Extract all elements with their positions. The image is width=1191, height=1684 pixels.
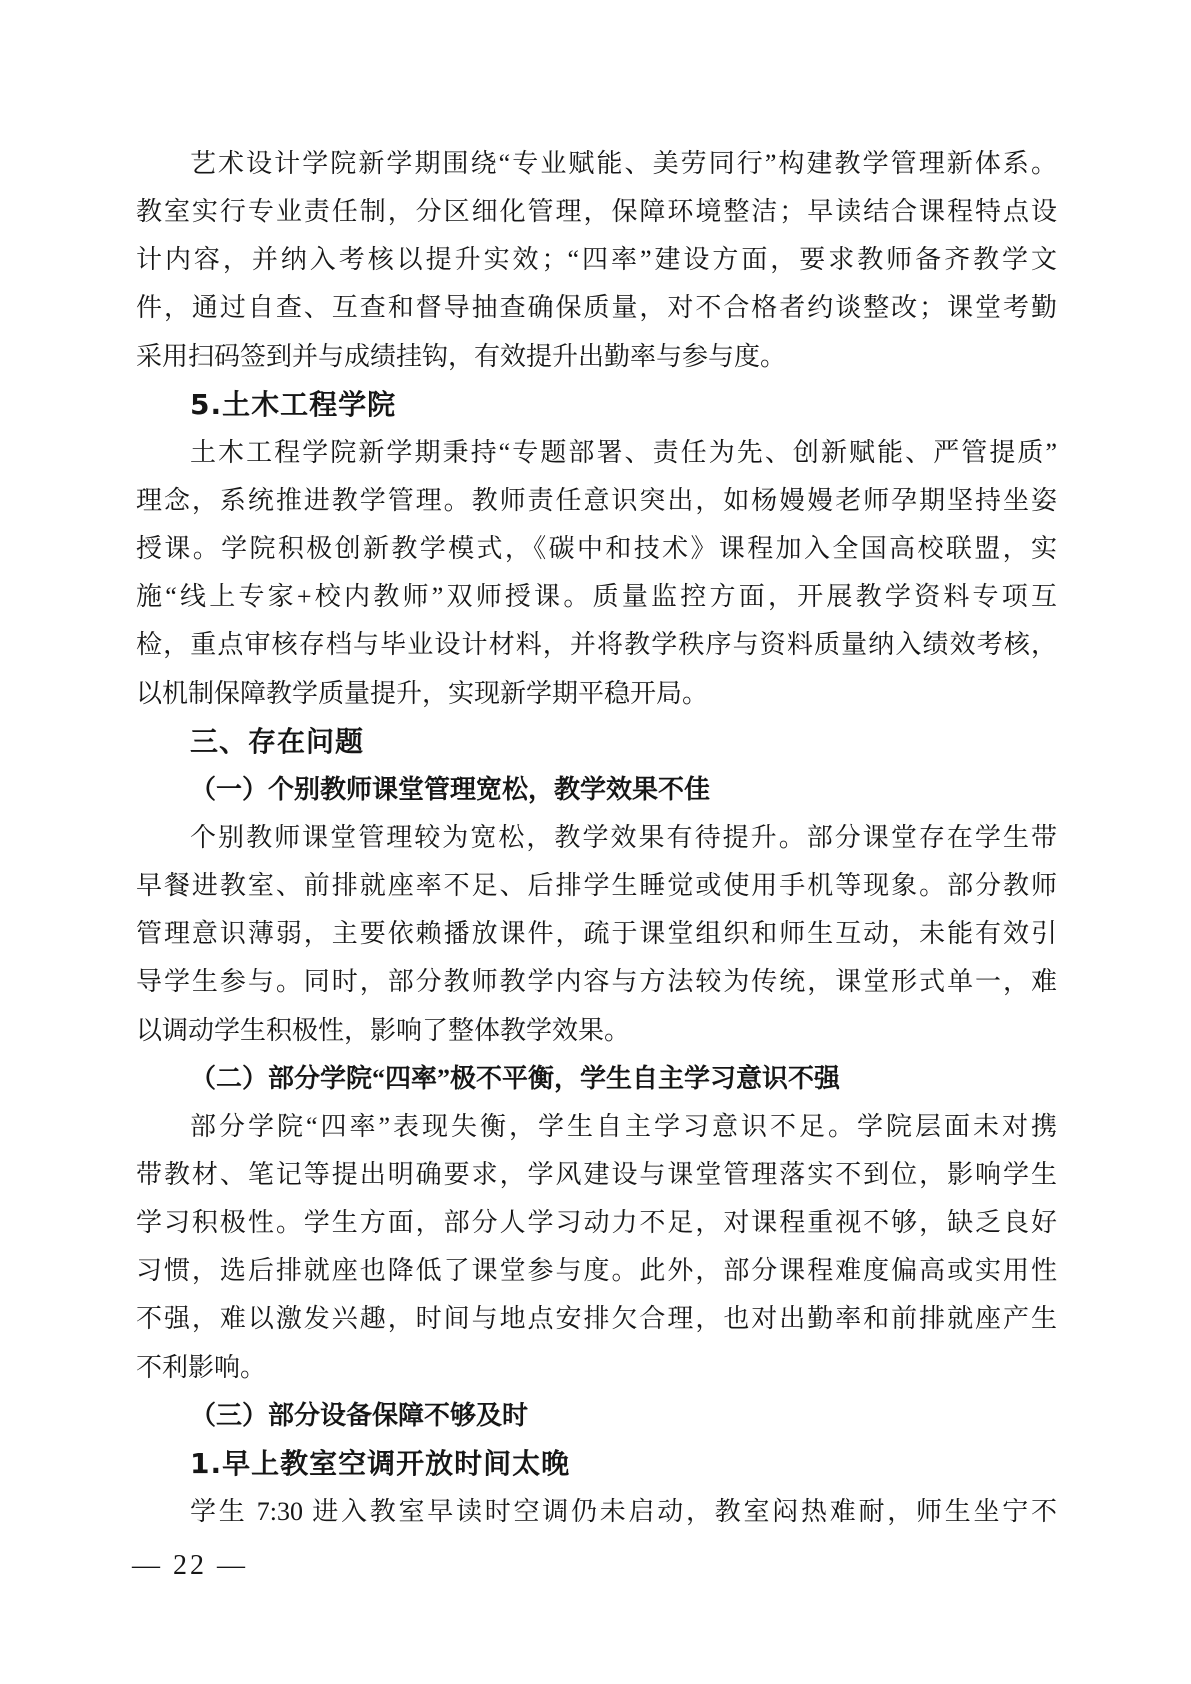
text-line: 施“线上专家+校内教师”双师授课。质量监控方面，开展教学资料专项互 [136,573,1057,621]
text-line: 计内容，并纳入考核以提升实效；“四率”建设方面，要求教师备齐教学文 [136,236,1057,284]
heading-line: 1.早上教室空调开放时间太晚 [136,1440,1057,1488]
text-line: 以调动学生积极性，影响了整体教学效果。 [136,1007,1057,1055]
document-page: 艺术设计学院新学期围绕“专业赋能、美劳同行”构建教学管理新体系。教室实行专业责任… [0,0,1191,1684]
text-line: 授课。学院积极创新教学模式，《碳中和技术》课程加入全国高校联盟，实 [136,525,1057,573]
text-line: 教室实行专业责任制，分区细化管理，保障环境整洁；早读结合课程特点设 [136,188,1057,236]
text-line: 部分学院“四率”表现失衡，学生自主学习意识不足。学院层面未对携 [136,1103,1057,1151]
text-line: 不利影响。 [136,1344,1057,1392]
page-number: — 22 — [132,1548,248,1584]
heading-line: 三、存在问题 [136,718,1057,766]
text-line: 土木工程学院新学期秉持“专题部署、责任为先、创新赋能、严管提质” [136,429,1057,477]
text-line: 采用扫码签到并与成绩挂钩，有效提升出勤率与参与度。 [136,333,1057,381]
heading-line: （二）部分学院“四率”极不平衡，学生自主学习意识不强 [136,1055,1057,1103]
text-line: 以机制保障教学质量提升，实现新学期平稳开局。 [136,670,1057,718]
text-line: 学习积极性。学生方面，部分人学习动力不足，对课程重视不够，缺乏良好 [136,1199,1057,1247]
heading-line: 5.土木工程学院 [136,381,1057,429]
text-line: 检，重点审核存档与毕业设计材料，并将教学秩序与资料质量纳入绩效考核， [136,621,1057,669]
text-line: 导学生参与。同时，部分教师教学内容与方法较为传统，课堂形式单一，难 [136,958,1057,1006]
text-line: 早餐进教室、前排就座率不足、后排学生睡觉或使用手机等现象。部分教师 [136,862,1057,910]
text-line: 个别教师课堂管理较为宽松，教学效果有待提升。部分课堂存在学生带 [136,814,1057,862]
text-line: 件，通过自查、互查和督导抽查确保质量，对不合格者约谈整改；课堂考勤 [136,284,1057,332]
text-line: 带教材、笔记等提出明确要求，学风建设与课堂管理落实不到位，影响学生 [136,1151,1057,1199]
text-line: 不强，难以激发兴趣，时间与地点安排欠合理，也对出勤率和前排就座产生 [136,1295,1057,1343]
text-line: 管理意识薄弱，主要依赖播放课件，疏于课堂组织和师生互动，未能有效引 [136,910,1057,958]
text-line: 学生 7:30 进入教室早读时空调仍未启动，教室闷热难耐，师生坐宁不 [136,1488,1057,1536]
document-body: 艺术设计学院新学期围绕“专业赋能、美劳同行”构建教学管理新体系。教室实行专业责任… [136,140,1057,1536]
text-line: 习惯，选后排就座也降低了课堂参与度。此外，部分课程难度偏高或实用性 [136,1247,1057,1295]
heading-line: （三）部分设备保障不够及时 [136,1392,1057,1440]
text-line: 理念，系统推进教学管理。教师责任意识突出，如杨嫚嫚老师孕期坚持坐姿 [136,477,1057,525]
heading-line: （一）个别教师课堂管理宽松，教学效果不佳 [136,766,1057,814]
text-line: 艺术设计学院新学期围绕“专业赋能、美劳同行”构建教学管理新体系。 [136,140,1057,188]
